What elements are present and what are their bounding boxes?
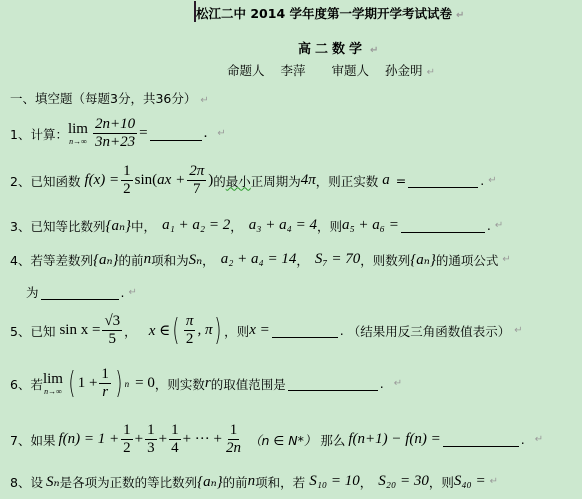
variable: n [144, 251, 152, 268]
limit-operator: limn→∞ [43, 372, 63, 396]
answer-note: （结果用反三角函数值表示） [348, 322, 511, 340]
section-heading-text: 一、填空题（每题3分，共36分） [10, 91, 196, 106]
question-text: 计算： [30, 125, 68, 143]
question-text: 若等差数列 [30, 251, 93, 269]
question-text: 项和，若 [255, 473, 305, 491]
authors-line: 命题人李萍审题人孙金明↵ [227, 61, 435, 79]
period-value: 4π [301, 172, 316, 189]
subject-heading: 高二数学↵ [298, 38, 382, 57]
question-text: 中， [131, 217, 156, 235]
sequence-expr: {aₙ} [197, 472, 223, 491]
fraction: 12 [121, 422, 133, 457]
question-number: 6、 [10, 375, 30, 393]
question-2: 2、 已知函数 f(x) = 12 sin( ax + 2π7 ) 的最小正周期… [10, 163, 497, 198]
variable: n [248, 473, 256, 490]
paragraph-mark-icon: ↵ [495, 220, 503, 231]
equals: = [139, 125, 147, 142]
question-4: 4、 若等差数列 {aₙ} 的前 n 项和为 Sₙ ， a₂ + a₄ = 14… [10, 250, 511, 269]
paragraph-mark-icon: ↵ [456, 10, 464, 21]
period: . [121, 285, 125, 300]
period: . [521, 432, 525, 447]
ask-expr: S₄₀ = [454, 473, 486, 490]
pi: , π [197, 322, 212, 339]
fraction: 12 [121, 163, 133, 198]
reviewer-name: 孙金明 [385, 63, 423, 78]
question-text: 已知函数 [30, 172, 80, 190]
equals-zero: = 0 [135, 375, 155, 392]
fraction: 12n [224, 422, 243, 457]
question-text: 是各项为正数的等比数列 [60, 473, 198, 491]
sum-expr: Sₙ [46, 472, 60, 491]
ax-expr: ax + [157, 172, 185, 189]
fraction: 2n+103n+23 [93, 116, 137, 151]
question-7: 7、 如果 f(n) = 1 + 12 + 13 + 14 + ··· + 12… [10, 422, 543, 457]
question-text: 那么 [320, 431, 345, 449]
comma: ， [230, 217, 243, 235]
right-paren: ) [215, 316, 222, 346]
question-text: 的前 [119, 251, 144, 269]
condition: （n ∈ N*） [249, 431, 316, 449]
paragraph-mark-icon: ↵ [535, 434, 543, 445]
paragraph-mark-icon: ↵ [514, 325, 522, 336]
question-text: 的前 [223, 473, 248, 491]
answer-blank[interactable] [272, 323, 338, 338]
ask-expr: x = [249, 322, 270, 339]
question-number: 5、 [10, 322, 30, 340]
function-expr: f(x) = [84, 172, 119, 189]
question-8: 8、 设 Sₙ 是各项为正数的等比数列 {aₙ} 的前 n 项和，若 S₁₀ =… [10, 472, 498, 491]
paragraph-mark-icon: ↵ [490, 476, 498, 487]
question-text: ，则数列 [360, 251, 410, 269]
question-text: 正周期为 [251, 172, 301, 190]
question-1: 1、 计算： limn→∞ 2n+103n+23 = . ↵ [10, 116, 226, 151]
right-paren: ) [115, 369, 122, 399]
fraction: 13 [145, 422, 157, 457]
answer-blank[interactable] [41, 285, 119, 300]
fraction: 14 [169, 422, 181, 457]
question-6: 6、 若 limn→∞ ( 1 + 1r )n = 0 ，则实数 r 的取值范围… [10, 366, 402, 401]
fraction: 2π7 [187, 163, 206, 198]
question-4-line-2: 为 . ↵ [26, 283, 137, 301]
question-text: 若 [30, 375, 43, 393]
setter-label: 命题人 [227, 63, 265, 78]
condition-1: a₂ + a₄ = 14 [221, 251, 297, 268]
comma: ， [124, 322, 137, 340]
sequence-expr: {aₙ} [105, 216, 131, 235]
period: . [380, 376, 384, 391]
period: . [480, 173, 484, 188]
fraction: √35 [102, 313, 122, 348]
subject-text: 高二数学 [298, 42, 366, 57]
question-number: 7、 [10, 431, 30, 449]
paragraph-mark-icon: ↵ [488, 175, 496, 186]
question-text: ，则正实数 [316, 172, 379, 190]
sequence-expr: {aₙ} [410, 250, 436, 269]
ellipsis: + ··· + [183, 431, 222, 448]
fraction: π2 [184, 313, 196, 348]
question-text: 项和为 [151, 251, 189, 269]
period: . [487, 218, 491, 233]
condition-1: a₁ + a₂ = 2 [162, 217, 230, 234]
answer-blank[interactable] [443, 432, 519, 447]
comma: ， [202, 251, 215, 269]
left-paren: ( [68, 369, 75, 399]
variable: a [382, 172, 390, 189]
question-text: ，则 [317, 217, 342, 235]
paragraph-mark-icon: ↵ [427, 67, 435, 78]
answer-blank[interactable] [408, 173, 478, 188]
question-text: 的 [213, 172, 226, 190]
question-text: 的通项公式 [436, 251, 499, 269]
left-paren: ( [173, 316, 180, 346]
sin-expr: sin( [135, 172, 158, 189]
one-plus: 1 + [78, 375, 98, 392]
paragraph-mark-icon: ↵ [217, 128, 225, 139]
question-text: ，则 [429, 473, 454, 491]
question-text: 已知等比数列 [30, 217, 105, 235]
reviewer-label: 审题人 [332, 63, 370, 78]
paragraph-mark-icon: ↵ [370, 45, 382, 56]
ask-expr: a₅ + a₆ = [342, 217, 399, 234]
question-text: 如果 [30, 431, 55, 449]
question-text: ，则 [224, 322, 249, 340]
answer-blank[interactable] [288, 376, 378, 391]
ask-expr: f(n+1) − f(n) = [348, 431, 440, 448]
period: . [340, 323, 344, 338]
paragraph-mark-icon: ↵ [200, 95, 208, 106]
question-text: 已知 [30, 322, 55, 340]
question-text: ，则实数 [155, 375, 205, 393]
comma: ， [296, 251, 309, 269]
answer-blank[interactable] [150, 126, 202, 141]
section-heading: 一、填空题（每题3分，共36分）↵ [10, 89, 209, 107]
question-number: 8、 [10, 473, 30, 491]
question-number: 2、 [10, 172, 30, 190]
fraction: 1r [99, 366, 111, 401]
paragraph-mark-icon: ↵ [394, 378, 402, 389]
question-text: 为 [26, 283, 39, 301]
period: . [204, 125, 208, 142]
spellcheck-underline-text: 最小 [226, 172, 251, 190]
paragraph-mark-icon: ↵ [129, 287, 137, 298]
limit-operator: limn→∞ [68, 122, 88, 146]
question-text: 的取值范围是 [211, 375, 286, 393]
sum-expr: Sₙ [189, 250, 203, 269]
paragraph-mark-icon: ↵ [502, 254, 510, 265]
function-expr: f(n) = 1 + [58, 431, 119, 448]
question-3: 3、 已知等比数列 {aₙ} 中， a₁ + a₂ = 2 ， a₃ + a₄ … [10, 216, 503, 235]
title-text: 松江二中 2014 学年度第一学期开学考试试卷 [196, 6, 452, 21]
domain-expr: x ∈ [149, 321, 171, 340]
sin-expr: sin x = [59, 322, 100, 339]
exponent: n [125, 379, 130, 389]
answer-blank[interactable] [401, 218, 485, 233]
question-5: 5、 已知 sin x = √35 ， x ∈ ( π2 , π ) ，则 x … [10, 313, 523, 348]
condition-2: S₇ = 70 [315, 251, 360, 268]
document-title: 松江二中 2014 学年度第一学期开学考试试卷↵ [196, 4, 464, 22]
sequence-expr: {aₙ} [93, 250, 119, 269]
equals: = [396, 173, 406, 188]
condition-1: S₁₀ = 10 [309, 473, 360, 490]
question-number: 1、 [10, 125, 30, 143]
condition-2: a₃ + a₄ = 4 [249, 217, 317, 234]
question-number: 3、 [10, 217, 30, 235]
condition-2: S₂₀ = 30 [378, 473, 429, 490]
comma: ， [360, 473, 373, 491]
question-number: 4、 [10, 251, 30, 269]
question-text: 设 [30, 473, 43, 491]
setter-name: 李萍 [281, 63, 306, 78]
